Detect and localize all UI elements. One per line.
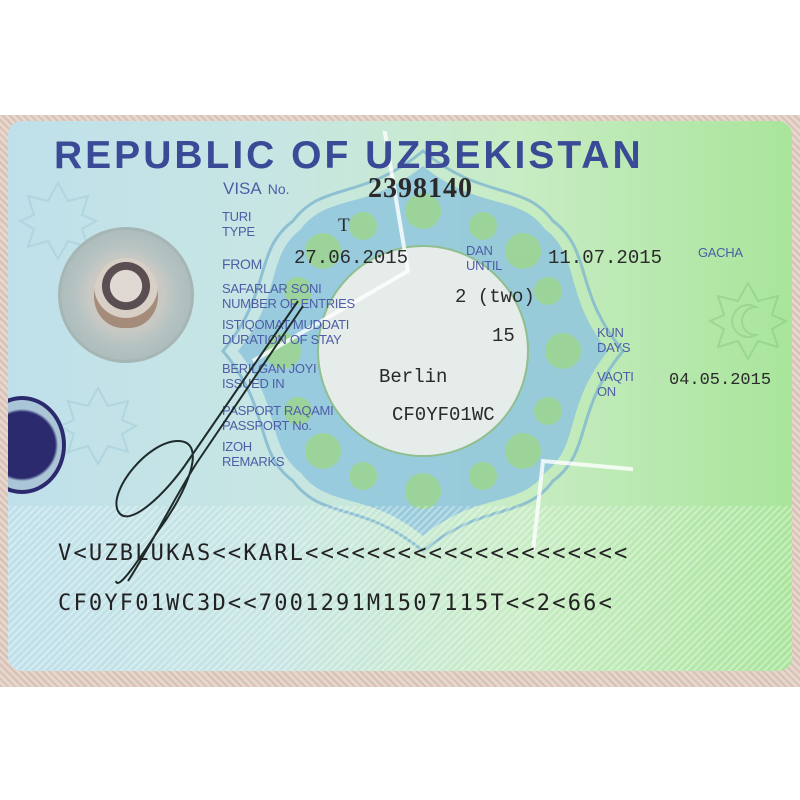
issued-on-label-uz: VAQTI — [597, 369, 634, 384]
no-label: No. — [268, 181, 290, 197]
issued-on-label-en: ON — [597, 384, 634, 399]
visa-number: 2398140 — [368, 173, 473, 205]
until-suffix: GACHA — [698, 245, 743, 260]
duration-unit-en: DAYS — [597, 340, 630, 355]
type-label-uz: TURI — [222, 209, 255, 224]
from-value: 27.06.2015 — [294, 247, 408, 269]
type-value: T — [338, 215, 350, 237]
mrz-line-2: CF0YF01WC3D<<7001291M1507115T<<2<66< — [58, 591, 614, 616]
entries-value: 2 (two) — [455, 286, 535, 308]
until-label-en: UNTIL — [466, 258, 502, 273]
visa-sticker: REPUBLIC OF UZBEKISTAN VISANo. 2398140 T… — [8, 121, 792, 671]
mrz-line-1: V<UZBLUKAS<<KARL<<<<<<<<<<<<<<<<<<<<< — [58, 541, 629, 566]
document-title: REPUBLIC OF UZBEKISTAN — [54, 134, 644, 178]
star-crescent-watermark-icon — [708, 281, 788, 361]
type-label: TURI TYPE — [222, 209, 255, 239]
visa-label: VISA — [223, 179, 262, 198]
duration-unit: KUN DAYS — [597, 325, 630, 355]
duration-value: 15 — [492, 325, 515, 347]
issued-in-value: Berlin — [379, 366, 447, 388]
duration-unit-uz: KUN — [597, 325, 630, 340]
visa-number-label: VISANo. — [223, 179, 290, 199]
issued-on-label: VAQTI ON — [597, 369, 634, 399]
from-label: FROM — [222, 257, 262, 272]
type-label-en: TYPE — [222, 224, 255, 239]
until-label: DAN UNTIL — [466, 243, 502, 273]
issued-on-value: 04.05.2015 — [669, 371, 771, 390]
passport-value: CF0YF01WC — [392, 404, 495, 426]
until-label-uz: DAN — [466, 243, 502, 258]
until-value: 11.07.2015 — [548, 247, 662, 269]
